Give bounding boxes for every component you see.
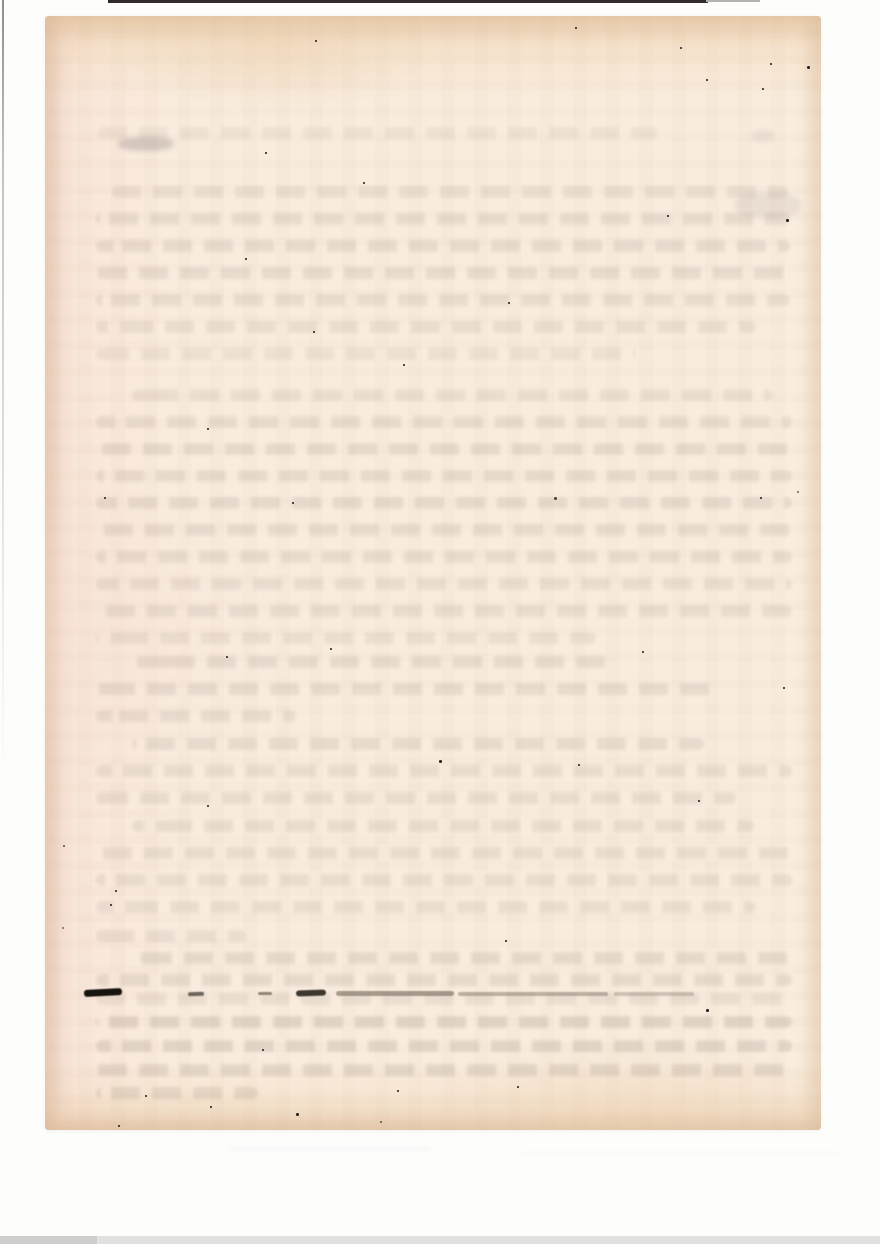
ghost-text-line <box>96 497 792 509</box>
ink-mark <box>296 989 326 996</box>
dust-speck <box>207 805 209 807</box>
ghost-text-line <box>96 578 792 590</box>
scan-edge-artifact-left <box>2 0 4 780</box>
dust-speck <box>642 651 644 653</box>
ghost-text-line <box>96 551 792 563</box>
ghost-text-line <box>96 1016 792 1028</box>
dust-speck <box>296 1113 299 1116</box>
dust-speck <box>245 258 247 260</box>
dust-speck <box>706 1009 709 1012</box>
ghost-text-line <box>96 874 792 886</box>
dust-speck <box>397 1090 399 1092</box>
ghost-text-line <box>96 930 246 942</box>
dust-speck <box>706 79 708 81</box>
dust-speck <box>403 364 405 366</box>
scan-smear <box>520 1152 840 1155</box>
dust-speck <box>330 648 332 650</box>
ghost-text-line <box>96 1087 258 1099</box>
dust-speck <box>207 428 209 430</box>
ghost-text-line <box>96 792 736 804</box>
ghost-text-line <box>96 1064 786 1076</box>
dust-speck <box>517 1086 519 1088</box>
scan-canvas <box>0 0 880 1244</box>
ghost-text-line <box>96 1040 792 1052</box>
dust-speck <box>770 63 772 65</box>
dust-speck <box>698 800 700 802</box>
ghost-text-line <box>96 321 756 333</box>
ghost-text-line <box>96 267 790 279</box>
ghost-word-smudge <box>118 137 174 151</box>
ghost-text-line <box>132 952 790 964</box>
ghost-text-line <box>96 683 718 695</box>
dust-speck <box>505 940 507 942</box>
ghost-text-line <box>96 240 790 252</box>
ghost-text-line <box>112 186 788 198</box>
dust-speck <box>508 302 510 304</box>
dust-speck <box>265 152 267 154</box>
dust-speck <box>104 497 106 499</box>
ghost-text-line <box>98 127 658 139</box>
ghost-text-line <box>96 213 790 225</box>
dust-speck <box>210 1106 212 1108</box>
dust-speck <box>575 27 577 29</box>
ghost-word-smudge <box>752 130 774 142</box>
ghost-text-line <box>132 389 772 401</box>
ghost-text-line <box>96 524 792 536</box>
ink-mark <box>458 992 608 996</box>
dust-speck <box>578 764 580 766</box>
dust-speck <box>62 927 64 929</box>
dust-speck <box>226 656 228 658</box>
ghost-text-line <box>96 348 636 360</box>
dust-speck <box>797 491 799 493</box>
ghost-text-line <box>96 710 296 722</box>
ghost-text-line <box>96 416 792 428</box>
dust-speck <box>760 497 762 499</box>
ghost-text-line <box>96 974 792 986</box>
ink-mark <box>188 992 204 996</box>
dust-speck <box>680 47 682 49</box>
dust-speck <box>667 215 669 217</box>
dust-speck <box>292 502 294 504</box>
scan-edge-artifact-top-tail <box>706 0 760 2</box>
dust-speck <box>63 845 65 847</box>
dust-speck <box>783 687 785 689</box>
scan-bed-band-bottom-dark <box>0 1236 97 1244</box>
dust-speck <box>380 1121 382 1123</box>
dust-speck <box>807 66 810 69</box>
dust-speck <box>110 904 112 906</box>
dust-speck <box>115 890 117 892</box>
dust-speck <box>145 1095 147 1097</box>
dust-speck <box>262 1049 264 1051</box>
dust-speck <box>786 219 789 222</box>
ink-mark <box>336 991 454 996</box>
dust-speck <box>363 182 365 184</box>
dust-speck <box>315 40 317 42</box>
ghost-text-line <box>96 443 792 455</box>
ghost-text-line <box>132 820 754 832</box>
ghost-text-line <box>96 901 756 913</box>
ink-mark <box>258 992 272 995</box>
ghost-text-line <box>132 656 612 668</box>
scan-bed-band-bottom <box>0 1236 880 1244</box>
ghost-text-line <box>96 632 596 644</box>
dust-speck <box>554 497 557 500</box>
ghost-text-line <box>96 294 790 306</box>
ghost-text-line <box>96 470 792 482</box>
ghost-text-line <box>96 847 792 859</box>
ink-mark <box>614 992 694 996</box>
dust-speck <box>313 331 315 333</box>
ghost-text-line <box>96 605 792 617</box>
scan-smear <box>230 1147 430 1151</box>
dust-speck <box>762 88 764 90</box>
scan-edge-artifact-top <box>108 0 708 3</box>
dust-speck <box>439 760 442 763</box>
ghost-text-line <box>96 765 792 777</box>
ghost-word-smudge <box>735 192 801 218</box>
ghost-text-line <box>132 738 704 750</box>
dust-speck <box>118 1125 120 1127</box>
